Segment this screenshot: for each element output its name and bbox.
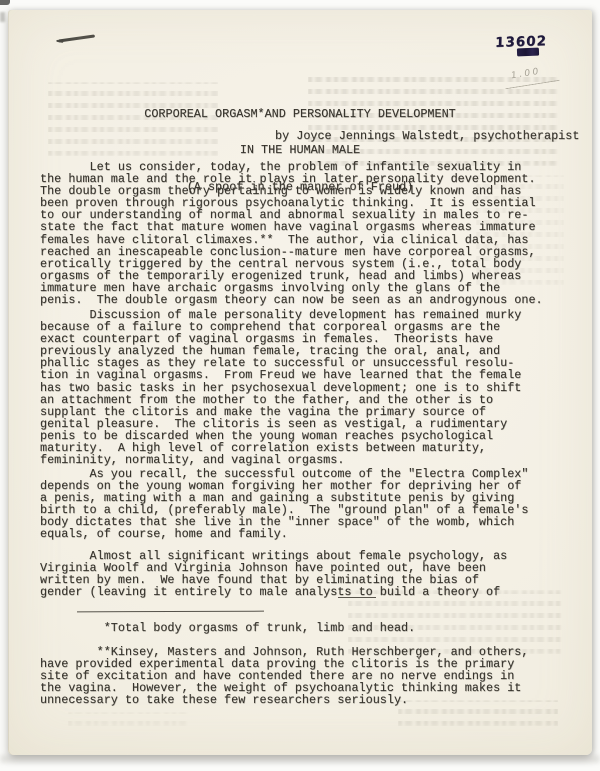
document-page: 13602 1.00 CORPOREAL ORGASM*AND PERSONAL… [8,10,592,755]
footnote-1: *Total body orgasms of trunk, limb and h… [40,622,415,634]
paragraph-4: Almost all significant writings about fe… [40,550,507,598]
paragraph-3: As you recall, the successful outcome of… [40,468,528,541]
ink-blot [517,48,539,57]
male-underline [338,597,376,598]
title-line-2: IN THE HUMAN MALE [8,144,592,156]
scan-background: 13602 1.00 CORPOREAL ORGASM*AND PERSONAL… [0,0,600,771]
pen-mark [58,34,95,42]
scan-edge-artifact [0,12,5,22]
ink-bleed-through [68,712,188,726]
byline: by Joyce Jennings Walstedt, psychotherap… [275,130,579,142]
footnote-separator [77,611,264,613]
paragraph-1: Let us consider, today, the problem of i… [40,161,543,306]
title-line-1: CORPOREAL ORGASM*AND PERSONALITY DEVELOP… [8,108,592,120]
paragraph-4-wrap: Almost all significant writings about fe… [40,550,507,598]
scan-edge-artifact [0,0,10,5]
paragraph-2: Discussion of male personality developme… [40,309,521,466]
footnote-2: **Kinsey, Masters and Johnson, Ruth Hers… [40,646,528,706]
page-bottom-shadow [0,755,600,763]
